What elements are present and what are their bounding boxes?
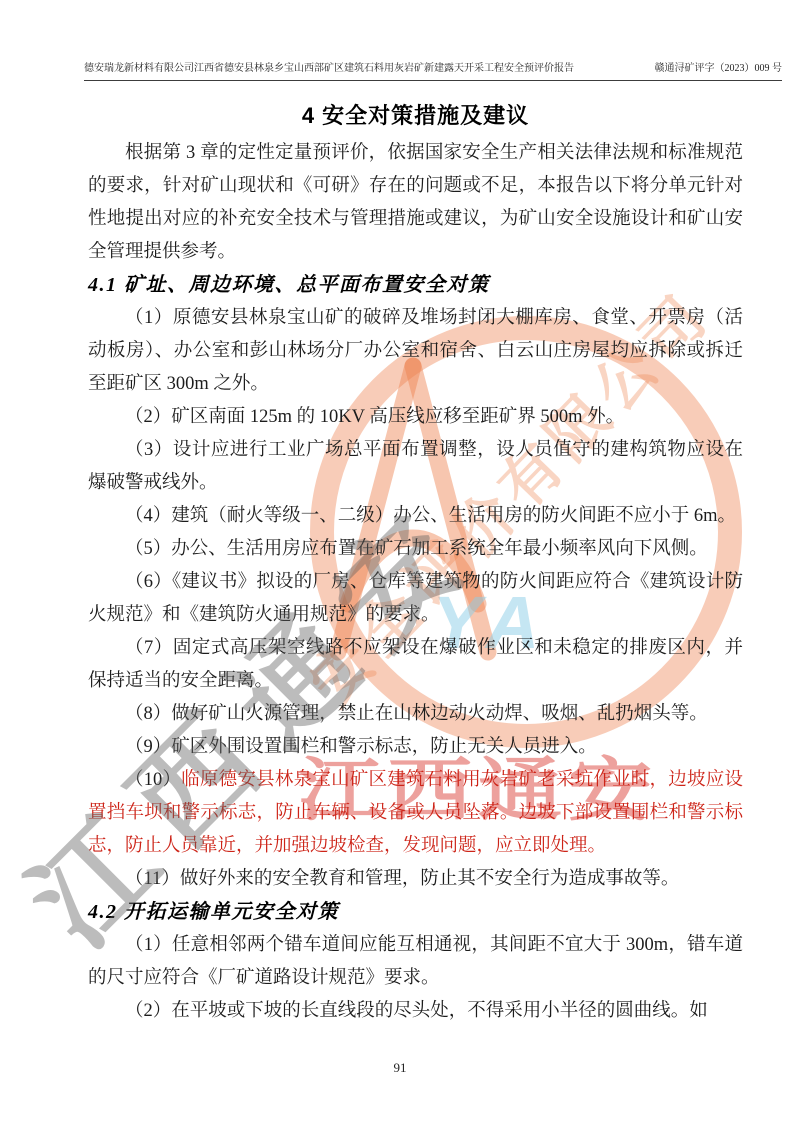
list-item: （2）在平坡或下坡的长直线段的尽头处，不得采用小半径的圆曲线。如: [88, 995, 743, 1028]
item-number: （4）: [125, 506, 171, 526]
header-report-title: 德安瑞龙新材料有限公司江西省德安县林泉乡宝山西部矿区建筑石料用灰岩矿新建露天开采…: [84, 62, 574, 76]
item-text: 做好矿山火源管理，禁止在山林边动火动焊、吸烟、乱扔烟头等。: [171, 704, 708, 724]
item-number: （11）: [125, 869, 180, 889]
list-item: （7）固定式高压架空线路不应架设在爆破作业区和未稳定的排废区内，并保持适当的安全…: [88, 632, 743, 698]
item-text: 设计应进行工业广场总平面布置调整，设人员值守的建构筑物应设在爆破警戒线外。: [88, 440, 743, 493]
page-number: 91: [0, 1060, 800, 1076]
item-text: 《建议书》拟设的厂房、仓库等建筑物的防火间距应符合《建筑设计防火规范》和《建筑防…: [88, 572, 743, 625]
item-text: 建筑（耐火等级一、二级）办公、生活用房的防火间距不应小于 6m。: [171, 506, 736, 526]
list-item: （8）做好矿山火源管理，禁止在山林边动火动焊、吸烟、乱扔烟头等。: [88, 698, 743, 731]
running-header: 德安瑞龙新材料有限公司江西省德安县林泉乡宝山西部矿区建筑石料用灰岩矿新建露天开采…: [84, 62, 782, 81]
list-item: （4）建筑（耐火等级一、二级）办公、生活用房的防火间距不应小于 6m。: [88, 500, 743, 533]
page-content: 4 安全对策措施及建议 根据第 3 章的定性定量预评价，依据国家安全生产相关法律…: [88, 98, 743, 1028]
item-text: 任意相邻两个错车道间应能互相通视，其间距不宜大于 300m，错车道的尺寸应符合《…: [88, 935, 743, 988]
item-number: （1）: [125, 935, 172, 955]
list-item: （2）矿区南面 125m 的 10KV 高压线应移至距矿界 500m 外。: [88, 401, 743, 434]
list-item: （5）办公、生活用房应布置在矿石加工系统全年最小频率风向下风侧。: [88, 533, 743, 566]
item-text: 办公、生活用房应布置在矿石加工系统全年最小频率风向下风侧。: [171, 539, 708, 559]
item-number: （9）: [125, 737, 171, 757]
section-heading-4-2: 4.2 开拓运输单元安全对策: [88, 896, 743, 929]
list-item: （1）原德安县林泉宝山矿的破碎及堆场封闭大棚库房、食堂、开票房（活动板房）、办公…: [88, 302, 743, 401]
chapter-title: 4 安全对策措施及建议: [88, 98, 743, 134]
item-text: 在平坡或下坡的长直线段的尽头处，不得采用小半径的圆曲线。如: [171, 1001, 708, 1021]
section-heading-4-1: 4.1 矿址、周边环境、总平面布置安全对策: [88, 269, 743, 302]
item-number: （6）: [125, 572, 172, 592]
item-text: 做好外来的安全教育和管理，防止其不安全行为造成事故等。: [180, 869, 680, 889]
header-doc-number: 赣通浔矿评字（2023）009 号: [655, 62, 783, 76]
item-number: （7）: [125, 638, 173, 658]
item-text: 固定式高压架空线路不应架设在爆破作业区和未稳定的排废区内，并保持适当的安全距离。: [88, 638, 743, 691]
item-number: （2）: [125, 1001, 171, 1021]
list-item: （3）设计应进行工业广场总平面布置调整，设人员值守的建构筑物应设在爆破警戒线外。: [88, 434, 743, 500]
item-text-emphasis: 临原德安县林泉宝山矿区建筑石料用灰岩矿老采坑作业时，边坡应设置挡车坝和警示标志，…: [88, 770, 743, 856]
list-item: （11）做好外来的安全教育和管理，防止其不安全行为造成事故等。: [88, 863, 743, 896]
item-text: 矿区外围设置围栏和警示标志，防止无关人员进入。: [171, 737, 597, 757]
item-number: （2）: [125, 407, 171, 427]
item-number: （8）: [125, 704, 171, 724]
list-item: （1）任意相邻两个错车道间应能互相通视，其间距不宜大于 300m，错车道的尺寸应…: [88, 929, 743, 995]
list-item: （6）《建议书》拟设的厂房、仓库等建筑物的防火间距应符合《建筑设计防火规范》和《…: [88, 566, 743, 632]
list-item: （9）矿区外围设置围栏和警示标志，防止无关人员进入。: [88, 731, 743, 764]
intro-paragraph: 根据第 3 章的定性定量预评价，依据国家安全生产相关法律法规和标准规范的要求，针…: [88, 137, 743, 269]
item-number: （1）: [125, 308, 173, 328]
document-page: YA 安全评价有限公司 江西通安 德安瑞龙新材料有限公司江西省德安县林泉乡宝山西…: [0, 0, 800, 1131]
item-text: 矿区南面 125m 的 10KV 高压线应移至距矿界 500m 外。: [171, 407, 624, 427]
item-number: （3）: [125, 440, 173, 460]
item-number: （5）: [125, 539, 171, 559]
item-text: 原德安县林泉宝山矿的破碎及堆场封闭大棚库房、食堂、开票房（活动板房）、办公室和彭…: [88, 308, 743, 394]
list-item: （10）临原德安县林泉宝山矿区建筑石料用灰岩矿老采坑作业时，边坡应设置挡车坝和警…: [88, 764, 743, 863]
item-number: （10）: [125, 770, 181, 790]
